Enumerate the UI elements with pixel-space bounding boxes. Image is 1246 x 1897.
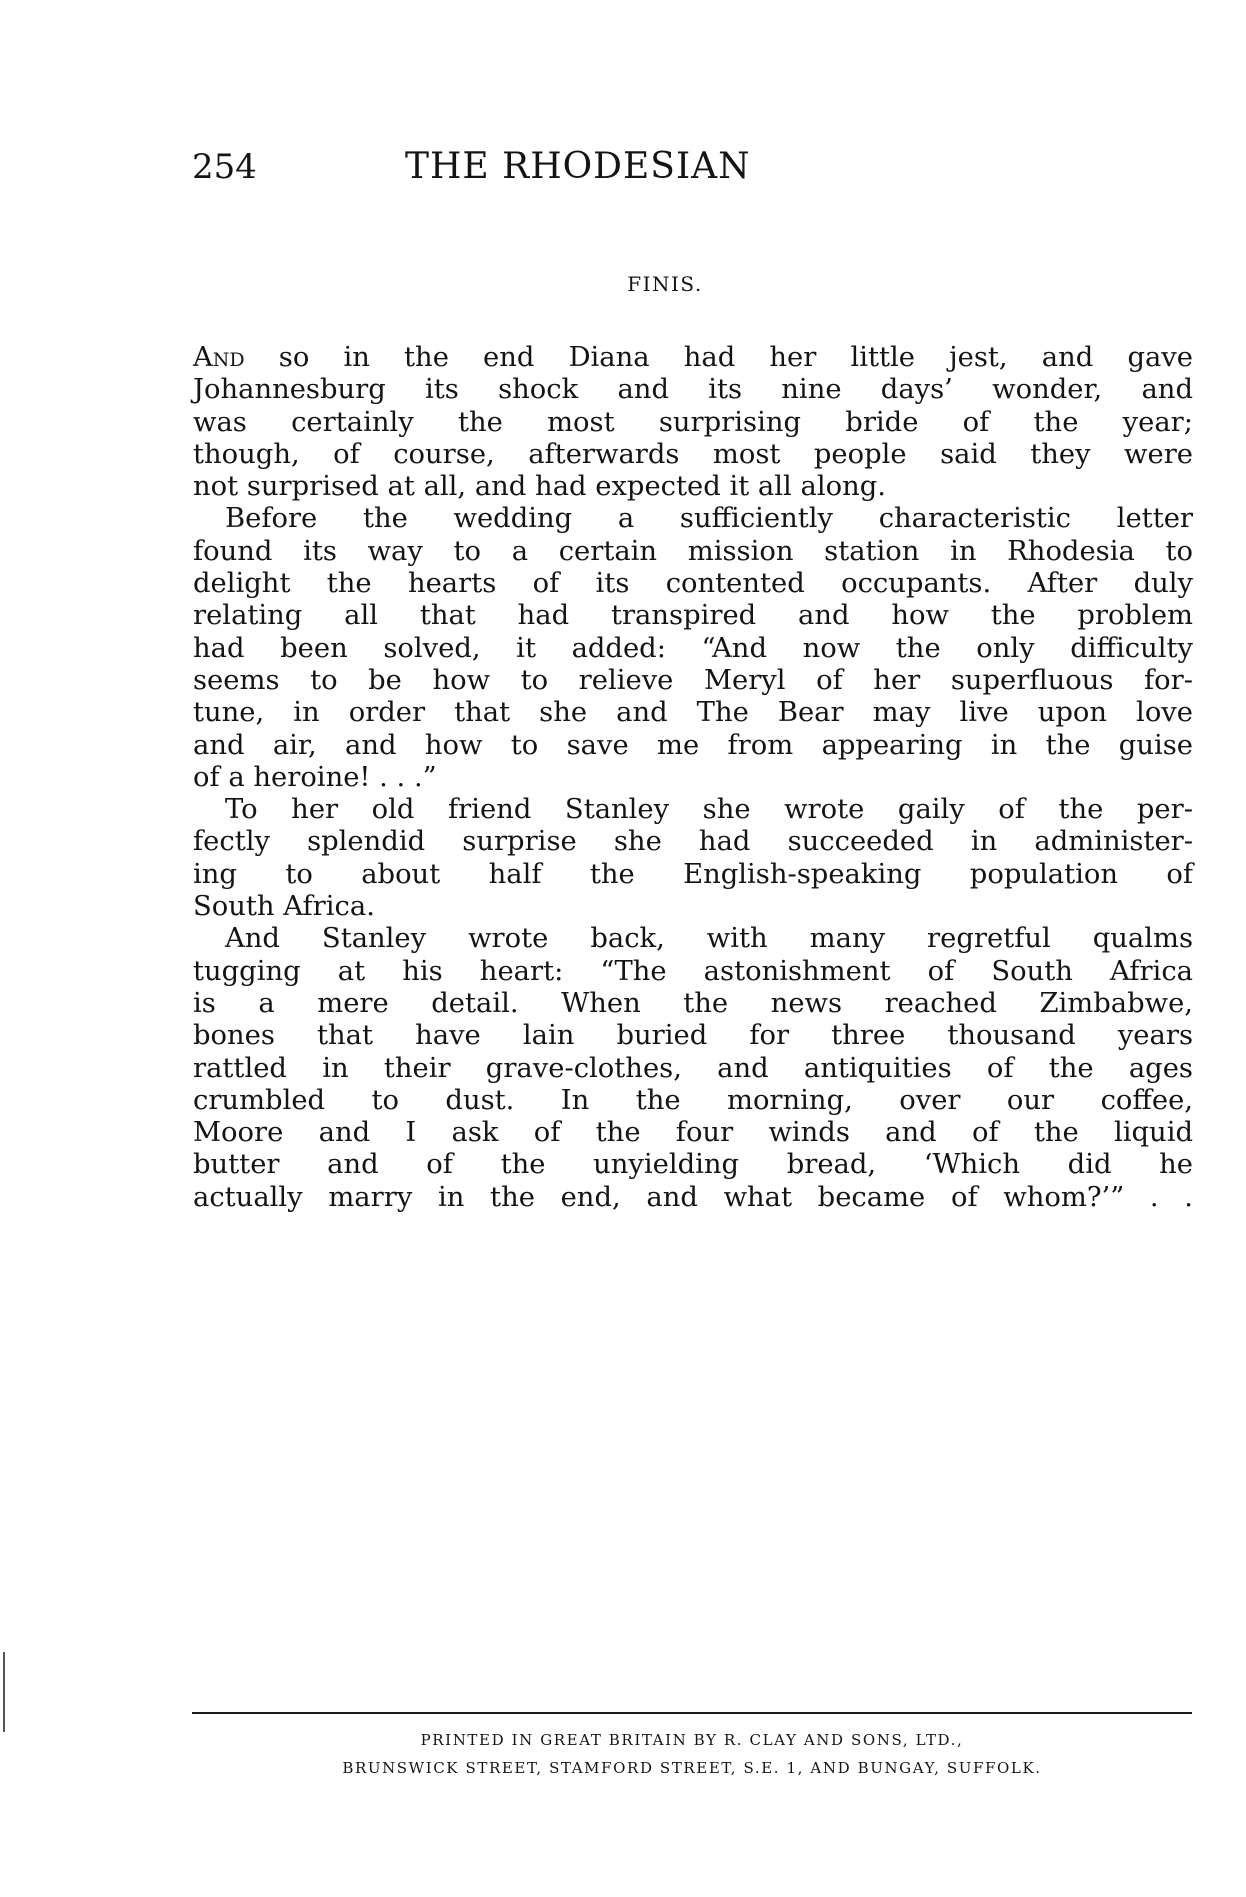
text-line: crumbled to dust. In the morning, over o…: [193, 1085, 1193, 1117]
text-line: is a mere detail. When the news reached …: [193, 988, 1193, 1020]
text-line: had been solved, it added: “And now the …: [193, 633, 1193, 665]
paragraph-4: And Stanley wrote back, with many regret…: [193, 923, 1193, 1214]
text-line: tune, in order that she and The Bear may…: [193, 697, 1193, 729]
text-line: found its way to a certain mission stati…: [193, 536, 1193, 568]
text-line: Johannesburg its shock and its nine days…: [193, 374, 1193, 406]
text-line: though, of course, afterwards most peopl…: [193, 439, 1193, 471]
text-line: was certainly the most surprising bride …: [193, 407, 1193, 439]
text-line: To her old friend Stanley she wrote gail…: [193, 794, 1193, 826]
text-line: rattled in their grave-clothes, and anti…: [193, 1053, 1193, 1085]
text-line: And Stanley wrote back, with many regret…: [193, 923, 1193, 955]
text-line: actually marry in the end, and what beca…: [193, 1182, 1193, 1214]
paragraph-3: To her old friend Stanley she wrote gail…: [193, 794, 1193, 923]
page-number: 254: [192, 142, 257, 192]
paragraph-2: Before the wedding a sufficiently charac…: [193, 503, 1193, 794]
lead-smallcaps: And: [193, 342, 245, 373]
text-line: butter and of the unyielding bread, ‘Whi…: [193, 1149, 1193, 1181]
text-line: Moore and I ask of the four winds and of…: [193, 1117, 1193, 1149]
text-line: bones that have lain buried for three th…: [193, 1020, 1193, 1052]
text-line: South Africa.: [193, 891, 1193, 923]
scan-margin-mark: [3, 1652, 5, 1732]
text-line: relating all that had transpired and how…: [193, 600, 1193, 632]
text-line: ing to about half the English-speaking p…: [193, 859, 1193, 891]
text-line: not surprised at all, and had expected i…: [193, 471, 1193, 503]
running-head: 254 THE RHODESIAN: [192, 142, 1192, 192]
printer-imprint: PRINTED IN GREAT BRITAIN BY R. CLAY AND …: [192, 1726, 1192, 1782]
text-line: delight the hearts of its contented occu…: [193, 568, 1193, 600]
text-line: of a heroine! . . .”: [193, 762, 1193, 794]
paragraph-1: And so in the end Diana had her little j…: [193, 342, 1193, 503]
text-line: seems to be how to relieve Meryl of her …: [193, 665, 1193, 697]
text-line: and air, and how to save me from appeari…: [193, 730, 1193, 762]
text-line: Before the wedding a sufficiently charac…: [193, 503, 1193, 535]
text-line: tugging at his heart: “The astonishment …: [193, 956, 1193, 988]
imprint-rule: [192, 1712, 1192, 1714]
running-title: THE RHODESIAN: [405, 142, 751, 192]
text-line: fectly splendid surprise she had succeed…: [193, 826, 1193, 858]
body-text: And so in the end Diana had her little j…: [193, 342, 1193, 1214]
book-page: 254 THE RHODESIAN FINIS. And so in the e…: [0, 0, 1246, 1897]
text-line: And so in the end Diana had her little j…: [193, 342, 1193, 374]
imprint-line-1: PRINTED IN GREAT BRITAIN BY R. CLAY AND …: [192, 1726, 1192, 1754]
imprint-line-2: BRUNSWICK STREET, STAMFORD STREET, S.E. …: [192, 1754, 1192, 1782]
section-heading: FINIS.: [0, 272, 1246, 296]
